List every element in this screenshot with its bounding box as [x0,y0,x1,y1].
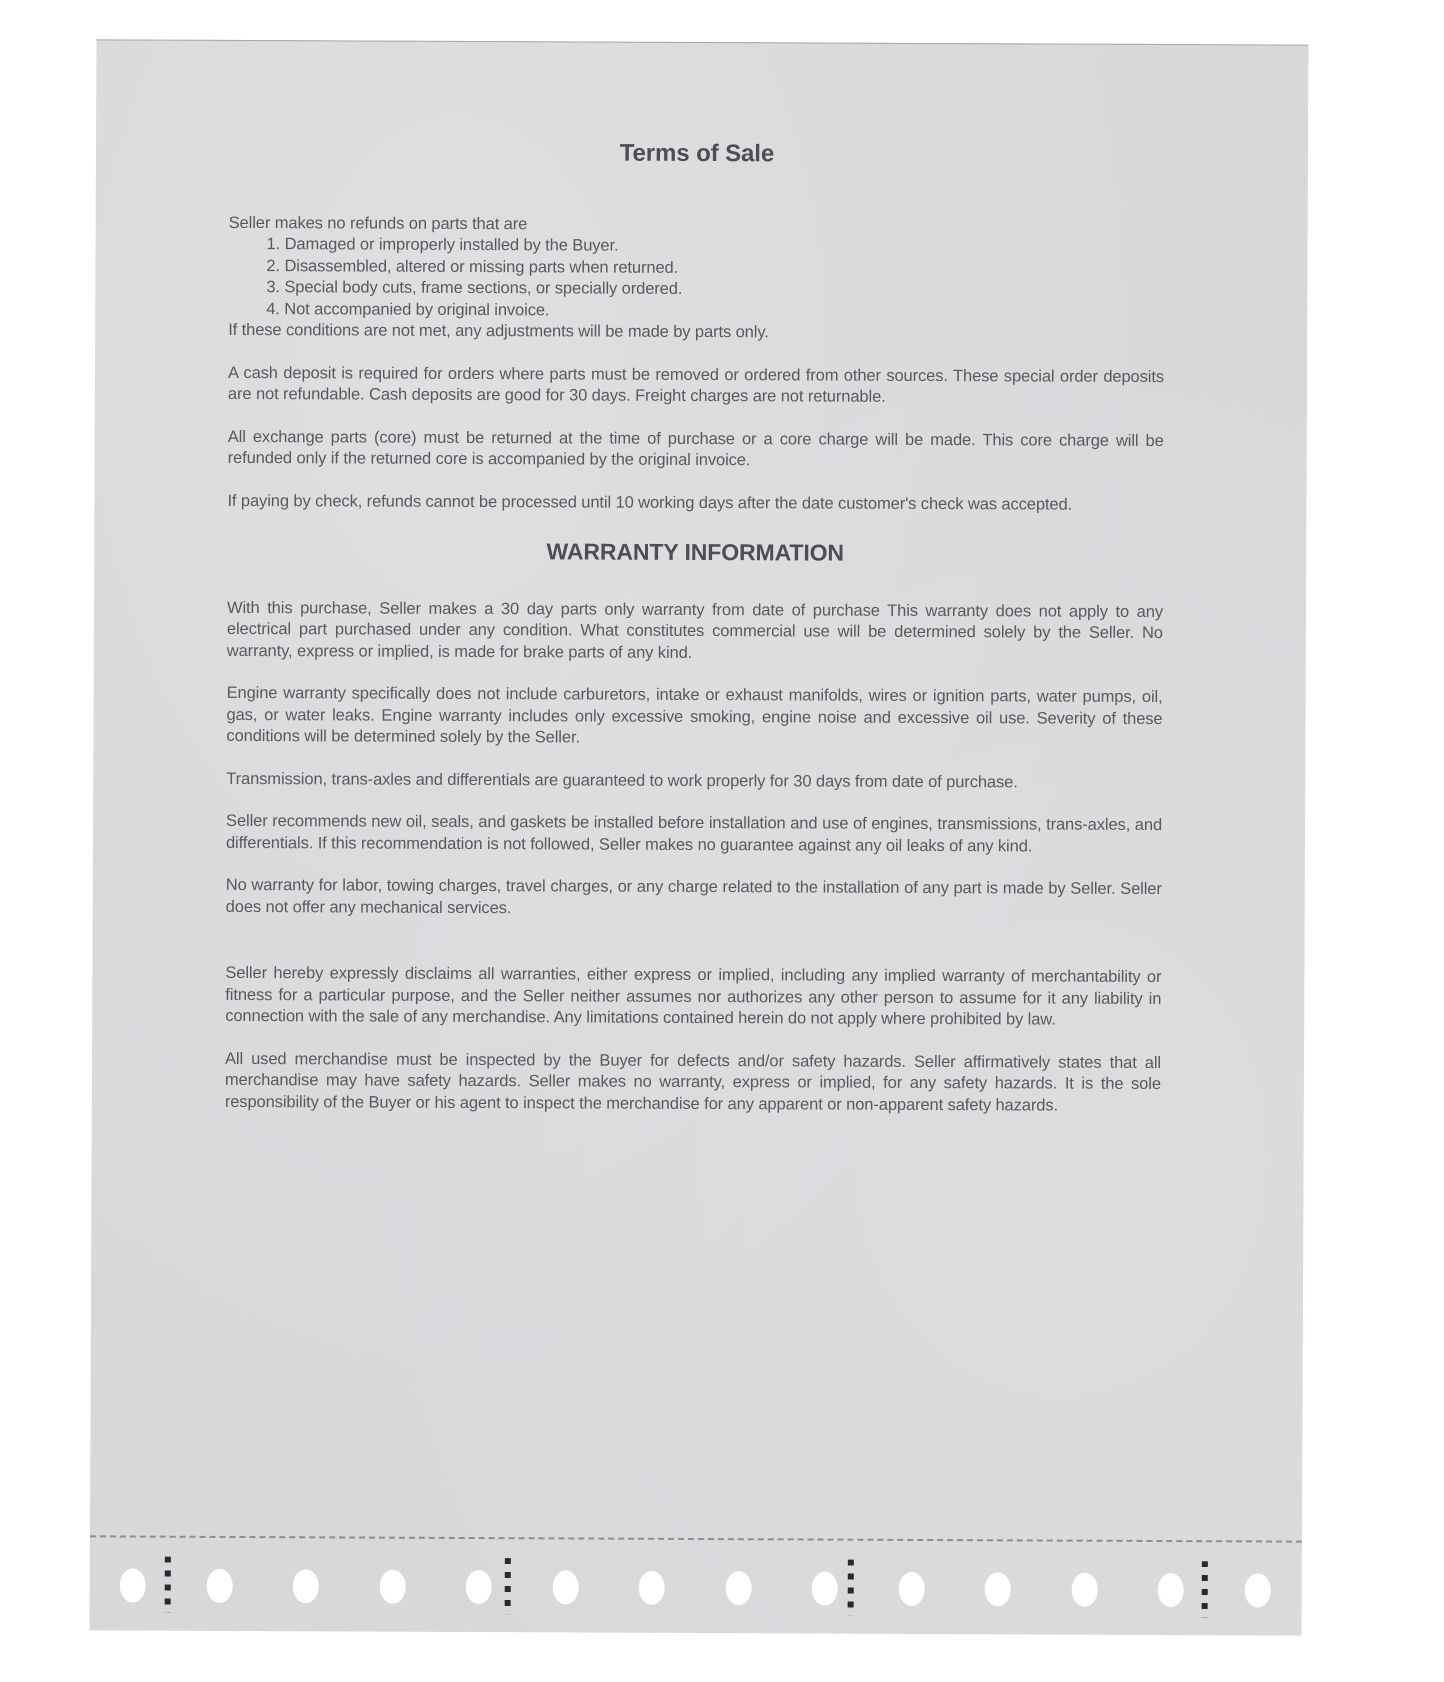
feed-hole [639,1571,665,1605]
feed-hole [1158,1573,1184,1607]
feed-hole [899,1572,925,1606]
feed-hole [466,1570,492,1604]
feed-hole [985,1572,1011,1606]
perforation-mark [1202,1561,1208,1617]
feed-hole [293,1569,319,1603]
feed-hole [812,1571,838,1605]
perforation-mark [165,1557,171,1613]
perforation-mark [505,1558,511,1614]
perforation-mark [848,1560,854,1616]
feed-hole [553,1570,579,1604]
feed-hole [120,1568,146,1602]
feed-hole [726,1571,752,1605]
warranty-paragraph: With this purchase, Seller makes a 30 da… [227,597,1163,666]
document-content: Terms of Sale Seller makes no refunds on… [225,141,1165,1138]
terms-paragraph: All exchange parts (core) must be return… [228,426,1164,473]
warranty-paragraph: No warranty for labor, towing charges, t… [226,875,1162,922]
terms-paragraph: If paying by check, refunds cannot be pr… [227,490,1163,516]
terms-paragraph: A cash deposit is required for orders wh… [228,362,1164,409]
warranty-paragraph: Transmission, trans-axles and differenti… [226,768,1162,794]
list-item: Special body cuts, frame sections, or sp… [284,277,1164,302]
warranty-heading: WARRANTY INFORMATION [227,540,1163,566]
warranty-paragraph: Seller recommends new oil, seals, and ga… [226,811,1162,858]
refund-exclusions-list: Damaged or improperly installed by the B… [228,234,1164,324]
document-page: Terms of Sale Seller makes no refunds on… [90,39,1309,1635]
warranty-paragraph: Engine warranty specifically does not in… [226,683,1162,752]
page-title: Terms of Sale [229,141,1165,167]
perforation-line [90,1535,1302,1542]
feed-hole [207,1569,233,1603]
feed-hole [1072,1573,1098,1607]
refund-note: If these conditions are not met, any adj… [228,320,1164,346]
feed-hole [1245,1573,1271,1607]
disclaimer-paragraph: Seller hereby expressly disclaims all wa… [225,963,1161,1032]
feed-hole [380,1570,406,1604]
tractor-feed-strip [90,1568,1302,1613]
list-item: Damaged or improperly installed by the B… [285,234,1165,259]
disclaimer-paragraph: All used merchandise must be inspected b… [225,1048,1161,1117]
